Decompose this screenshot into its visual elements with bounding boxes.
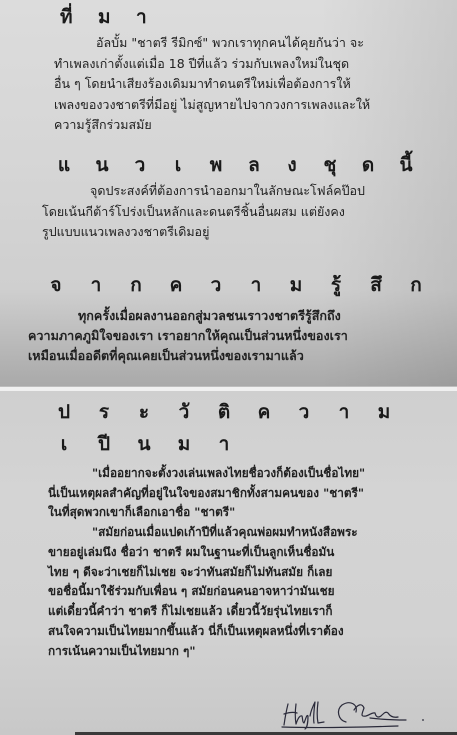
heading-char: ม bbox=[276, 270, 316, 300]
heading-char: ม bbox=[164, 429, 204, 459]
heading-char: า bbox=[324, 397, 364, 427]
heading-char: แ bbox=[45, 150, 83, 180]
origin-paragraph: อัลบั้ม "ชาตรี รีมิกซ์" พวกเราทุกคนได้คุ… bbox=[54, 33, 370, 136]
section-heading-history-line2: เ ปี น ม า bbox=[44, 429, 244, 459]
text-line: เหมือนเมื่ออดีตที่คุณเคยเป็นส่วนหนึ่งของ… bbox=[28, 346, 348, 366]
heading-char: ว bbox=[196, 270, 236, 300]
heading-char: ด bbox=[349, 150, 387, 180]
section-heading-music-style: แ น ว เ พ ล ง ชุ ด นี้ bbox=[45, 150, 425, 180]
heading-char: รู้ bbox=[316, 270, 356, 300]
text-line: จุดประสงค์ที่ต้องการนำออกมาในลักษณะโฟล์ค… bbox=[42, 181, 365, 202]
heading-char: ป bbox=[44, 397, 84, 427]
heading-char: ติ bbox=[204, 397, 244, 427]
heading-char: เ bbox=[159, 150, 197, 180]
text-line: การเน้นความเป็นไทยมาก ๆ" bbox=[48, 642, 358, 662]
heading-char: ชุ bbox=[311, 150, 349, 180]
heading-char: า bbox=[204, 429, 244, 459]
text-line: ทำเพลงเก่าตั้งแต่เมื่อ 18 ปีที่แล้ว ร่วม… bbox=[54, 54, 370, 75]
heading-char: ค bbox=[156, 270, 196, 300]
heading-char: จ bbox=[36, 270, 76, 300]
heading-char: น bbox=[124, 429, 164, 459]
bottom-page-scan: ป ร ะ วั ติ ค ว า ม เ ปี น ม า "เมื่ออยา… bbox=[0, 391, 457, 735]
heading-char: เ bbox=[44, 429, 84, 459]
heading-char: พ bbox=[197, 150, 235, 180]
text-line: ขายอยู่เล่มนึง ชื่อว่า ชาตรี ผมในฐานะที่… bbox=[48, 543, 358, 563]
text-line: ทุกครั้งเมื่อผลงานออกสู่มวลชนเราวงชาตรีร… bbox=[28, 306, 348, 326]
heading-char: า bbox=[76, 270, 116, 300]
section-heading-origin: ที่ ม า bbox=[60, 2, 174, 32]
text-line: ไทย ๆ ดีจะว่าเชยก็ไม่เชย จะว่าทันสมัยก็ไ… bbox=[48, 563, 358, 583]
text-line: สนใจความเป็นไทยมากขึ้นแล้ว นี่ก็เป็นเหตุ… bbox=[48, 622, 358, 642]
text-line: "เมื่ออยากจะตั้งวงเล่นเพลงไทยชื่อวงก็ต้อ… bbox=[48, 464, 365, 484]
text-line: ความภาคภูมิใจของเรา เราอยากให้คุณเป็นส่ว… bbox=[28, 326, 348, 346]
heading-char: ร bbox=[84, 397, 124, 427]
heading-char: สึ bbox=[356, 270, 396, 300]
text-line: แต่เดี๋ยวนี้คำว่า ชาตรี ก็ไม่เชยแล้ว เดี… bbox=[48, 602, 358, 622]
heading-char: ปี bbox=[84, 429, 124, 459]
heading-char: ค bbox=[244, 397, 284, 427]
heading-char: ว bbox=[121, 150, 159, 180]
text-line: ขอชื่อนี้มาใช้ร่วมกับเพื่อน ๆ สมัยก่อนคน… bbox=[48, 582, 358, 602]
heading-char: า bbox=[136, 2, 174, 32]
heading-char: ล bbox=[235, 150, 273, 180]
heading-char: า bbox=[236, 270, 276, 300]
text-line: "สมัยก่อนเมื่อแปดเก้าปีที่แล้วคุณพ่อผมทำ… bbox=[48, 523, 358, 543]
music-style-paragraph: จุดประสงค์ที่ต้องการนำออกมาในลักษณะโฟล์ค… bbox=[42, 181, 365, 243]
history-paragraph-1: "เมื่ออยากจะตั้งวงเล่นเพลงไทยชื่อวงก็ต้อ… bbox=[48, 464, 365, 523]
history-paragraph-2: "สมัยก่อนเมื่อแปดเก้าปีที่แล้วคุณพ่อผมทำ… bbox=[48, 523, 358, 662]
heading-char: ะ bbox=[124, 397, 164, 427]
text-line: ในที่สุดพวกเขาก็เลือกเอาชื่อ "ชาตรี" bbox=[48, 503, 365, 523]
text-line: เพลงของวงชาตรีที่มีอยู่ ไม่สูญหายไปจากวง… bbox=[54, 95, 370, 116]
text-line: ความรู้สึกร่วมสมัย bbox=[54, 115, 370, 136]
section-heading-from-feelings: จ า ก ค ว า ม รู้ สึ ก bbox=[36, 270, 436, 300]
text-line: อื่น ๆ โดยนำเสียงร้องเดิมมาทำดนตรีใหม่เพ… bbox=[54, 74, 370, 95]
text-line: นี่เป็นเหตุผลสำคัญที่อยู่ในใจของสมาชิกทั… bbox=[48, 484, 365, 504]
heading-char: ก bbox=[396, 270, 436, 300]
heading-char: ว bbox=[284, 397, 324, 427]
text-line: อัลบั้ม "ชาตรี รีมิกซ์" พวกเราทุกคนได้คุ… bbox=[54, 33, 370, 54]
heading-char: ง bbox=[273, 150, 311, 180]
from-feelings-paragraph: ทุกครั้งเมื่อผลงานออกสู่มวลชนเราวงชาตรีร… bbox=[28, 306, 348, 366]
heading-char: ที่ bbox=[60, 2, 98, 32]
top-page-scan: ที่ ม า อัลบั้ม "ชาตรี รีมิกซ์" พวกเราทุ… bbox=[0, 0, 457, 386]
text-line: รูปแบบแนวเพลงวงชาตรีเดิมอยู่ bbox=[42, 222, 365, 243]
heading-char: น bbox=[83, 150, 121, 180]
heading-char: ก bbox=[116, 270, 156, 300]
heading-char: นี้ bbox=[387, 150, 425, 180]
heading-char: วั bbox=[164, 397, 204, 427]
text-line: โดยเน้นกีต้าร์โปร่งเป็นหลักและดนตรีชิ้นอ… bbox=[42, 202, 365, 223]
heading-char: ม bbox=[98, 2, 136, 32]
heading-char: ม bbox=[364, 397, 404, 427]
handwritten-signature bbox=[280, 698, 430, 730]
section-heading-history-line1: ป ร ะ วั ติ ค ว า ม bbox=[44, 397, 404, 427]
